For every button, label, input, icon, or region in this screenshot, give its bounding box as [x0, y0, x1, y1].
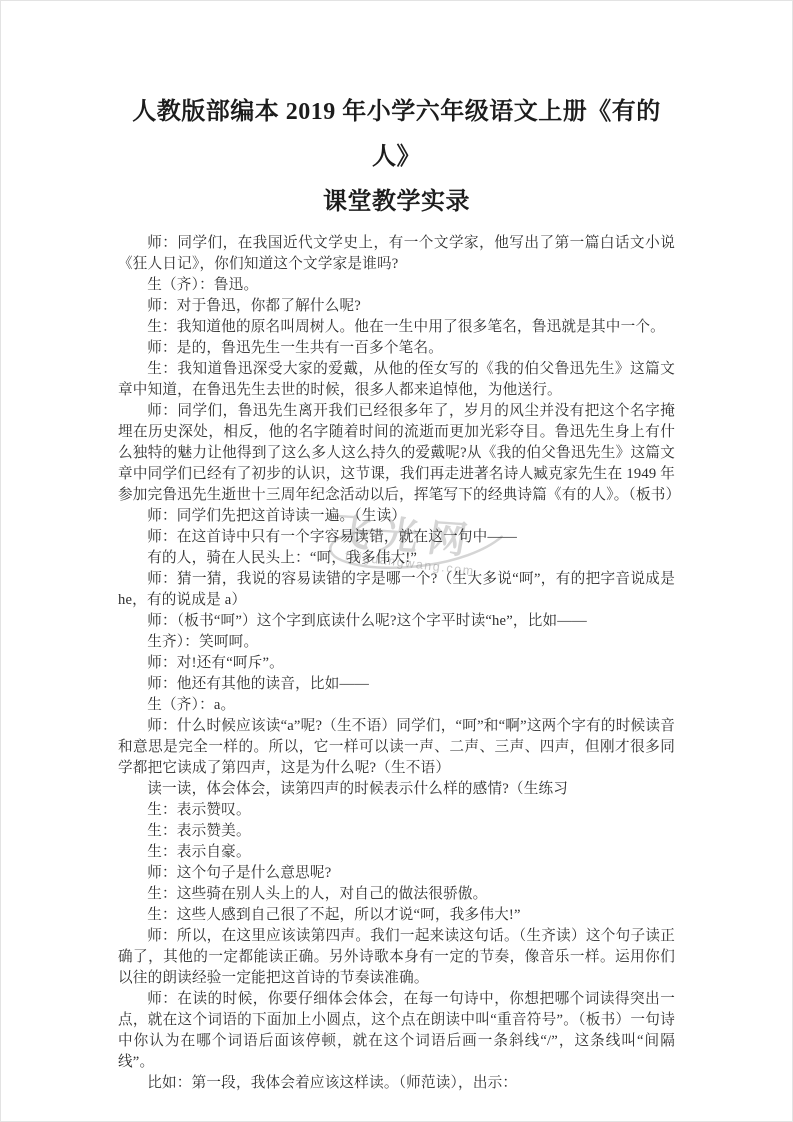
paragraph: 师：同学们先把这首诗读一遍。（生读）: [118, 506, 675, 527]
paragraph: 师：对!还有“呵斥”。: [118, 653, 675, 674]
paragraph: 师：什么时候应该读“a”呢?（生不语）同学们，“呵”和“啊”这两个字有的时候读音…: [118, 716, 675, 779]
paragraph: 生齐）：笑呵呵。: [118, 632, 675, 653]
paragraph: 读一读，体会体会，读第四声的时候表示什么样的感情?（生练习: [118, 779, 675, 800]
page-title: 人教版部编本 2019 年小学六年级语文上册《有的人》 课堂教学实录: [118, 90, 675, 225]
paragraph: 师：对于鲁迅，你都了解什么呢?: [118, 296, 675, 317]
paragraph: 生：表示赞美。: [118, 821, 675, 842]
paragraph: 师：同学们，在我国近代文学史上，有一个文学家，他写出了第一篇白话文小说《狂人日记…: [118, 233, 675, 275]
paragraph: 生（齐）：鲁迅。: [118, 275, 675, 296]
paragraph: 生：这些人感到自己很了不起，所以才说“呵，我多伟大!”: [118, 905, 675, 926]
paragraph: 师：他还有其他的读音，比如——: [118, 674, 675, 695]
document-content: 人教版部编本 2019 年小学六年级语文上册《有的人》 课堂教学实录 师：同学们…: [118, 88, 675, 1094]
paragraph: 生：我知道鲁迅深受大家的爱戴，从他的侄女写的《我的伯父鲁迅先生》这篇文章中知道，…: [118, 359, 675, 401]
paragraph: 生（齐）：a。: [118, 695, 675, 716]
transcript-body: 师：同学们，在我国近代文学史上，有一个文学家，他写出了第一篇白话文小说《狂人日记…: [118, 233, 675, 1094]
paragraph: 有的人，骑在人民头上：“呵，我多伟大!”: [118, 548, 675, 569]
page-title-line-1: 人教版部编本 2019 年小学六年级语文上册《有的人》: [118, 90, 675, 180]
document-page: 飞光网 feiguangwang.com 人教版部编本 2019 年小学六年级语…: [0, 0, 793, 1122]
paragraph: 比如：第一段，我体会着应该这样读。（师范读），出示：: [118, 1073, 675, 1094]
paragraph: 师：是的，鲁迅先生一生共有一百多个笔名。: [118, 338, 675, 359]
paragraph: 师：在这首诗中只有一个字容易读错，就在这一句中——: [118, 527, 675, 548]
paragraph: 生：我知道他的原名叫周树人。他在一生中用了很多笔名，鲁迅就是其中一个。: [118, 317, 675, 338]
paragraph: 师：在读的时候，你要仔细体会体会，在每一句诗中，你想把哪个词读得突出一点，就在这…: [118, 989, 675, 1073]
paragraph: 生：表示自豪。: [118, 842, 675, 863]
paragraph: 师：（板书“呵”）这个字到底读什么呢?这个字平时读“he”，比如——: [118, 611, 675, 632]
paragraph: 师：所以，在这里应该读第四声。我们一起来读这句话。（生齐读）这个句子读正确了，其…: [118, 926, 675, 989]
page-title-line-2: 课堂教学实录: [118, 180, 675, 225]
paragraph: 师：同学们，鲁迅先生离开我们已经很多年了，岁月的风尘并没有把这个名字掩埋在历史深…: [118, 401, 675, 506]
paragraph: 生：表示赞叹。: [118, 800, 675, 821]
paragraph: 生：这些骑在别人头上的人，对自己的做法很骄傲。: [118, 884, 675, 905]
paragraph: 师：这个句子是什么意思呢?: [118, 863, 675, 884]
paragraph: 师：猜一猜，我说的容易读错的字是哪一个?（生大多说“呵”，有的把字音说成是 he…: [118, 569, 675, 611]
